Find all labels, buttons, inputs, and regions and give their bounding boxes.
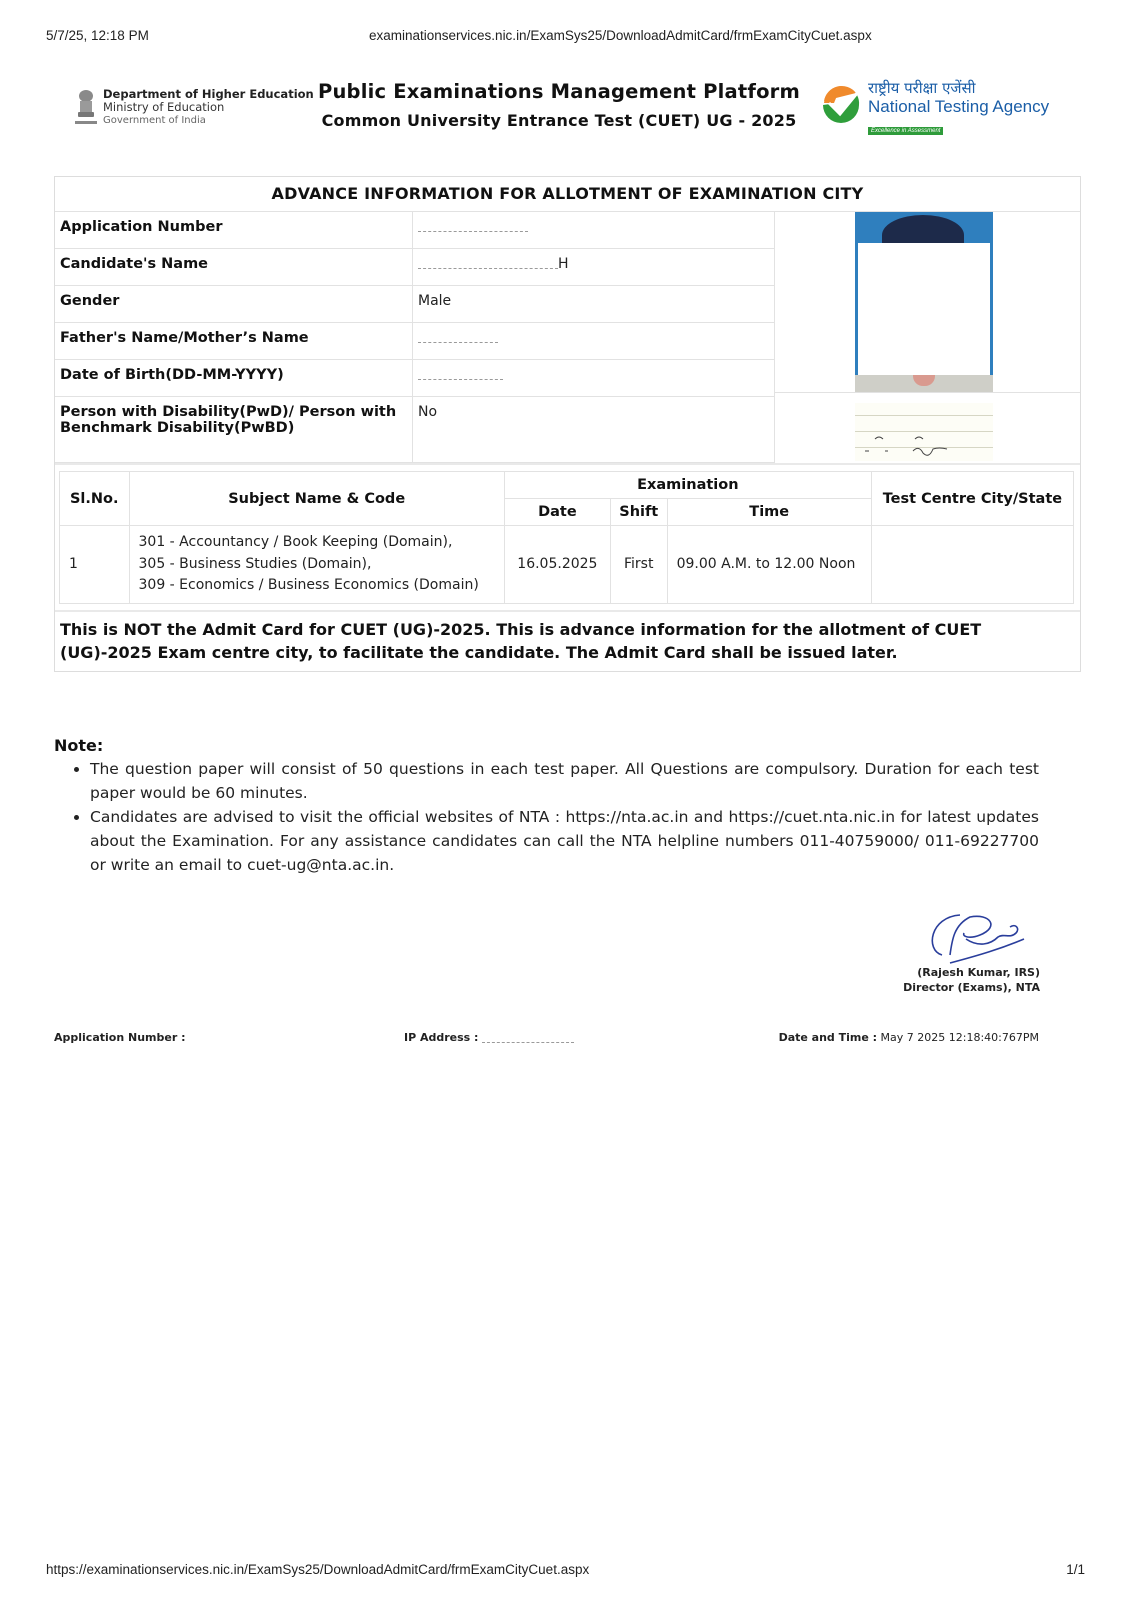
table-row: 1 301 - Accountancy / Book Keeping (Doma… (60, 526, 1074, 604)
footer-datetime-value: May 7 2025 12:18:40:767PM (881, 1031, 1039, 1044)
info-row: Application Number (55, 212, 775, 249)
info-label: Candidate's Name (55, 249, 413, 286)
footer-application-label: Application Number : (54, 1031, 185, 1044)
footer-datetime-label: Date and Time : (779, 1031, 877, 1044)
card-title: ADVANCE INFORMATION FOR ALLOTMENT OF EXA… (55, 177, 1080, 212)
row-sl-no: 1 (60, 526, 130, 604)
header-date: Date (504, 499, 610, 526)
document-footer: Application Number : IP Address : Date a… (54, 1031, 1039, 1047)
candidate-signature (855, 403, 993, 461)
signatory-block: (Rajesh Kumar, IRS) Director (Exams), NT… (860, 905, 1040, 995)
info-value (413, 212, 775, 249)
notes-heading: Note: (54, 736, 1039, 755)
signatory-designation: Director (Exams), NTA (860, 980, 1040, 995)
candidate-photo (855, 212, 993, 392)
print-datetime: 5/7/25, 12:18 PM (46, 28, 149, 43)
info-value-text: H (558, 256, 569, 272)
nta-checkmark-logo-icon (820, 83, 862, 125)
print-footer-url: https://examinationservices.nic.in/ExamS… (46, 1562, 589, 1577)
subject-item: 305 - Business Studies (Domain), (139, 554, 495, 576)
disclaimer-text: This is NOT the Admit Card for CUET (UG)… (55, 610, 1080, 671)
header-time: Time (667, 499, 871, 526)
nta-name-english: National Testing Agency (868, 97, 1049, 117)
info-value (413, 323, 775, 360)
info-label: Father's Name/Mother’s Name (55, 323, 413, 360)
header-shift: Shift (610, 499, 667, 526)
government-name: Government of India (103, 114, 314, 127)
national-emblem-icon (74, 88, 98, 128)
info-label: Date of Birth(DD-MM-YYYY) (55, 360, 413, 397)
redacted-value (418, 334, 498, 343)
info-value: Male (413, 286, 775, 323)
print-header: 5/7/25, 12:18 PM examinationservices.nic… (46, 28, 1085, 48)
subject-item: 301 - Accountancy / Book Keeping (Domain… (139, 532, 495, 554)
director-signature-icon (920, 905, 1030, 965)
redacted-value (418, 223, 528, 232)
candidate-info-table: Application NumberCandidate's NameHGende… (55, 212, 775, 463)
info-row: GenderMale (55, 286, 775, 323)
row-time: 09.00 A.M. to 12.00 Noon (667, 526, 871, 604)
header-subject: Subject Name & Code (129, 472, 504, 526)
nta-block: राष्ट्रीय परीक्षा एजेंसी National Testin… (820, 80, 1049, 136)
info-label: Application Number (55, 212, 413, 249)
info-label: Person with Disability(PwD)/ Person with… (55, 397, 413, 463)
info-row: Father's Name/Mother’s Name (55, 323, 775, 360)
redacted-value (418, 371, 503, 380)
info-label: Gender (55, 286, 413, 323)
candidate-media (775, 212, 1080, 463)
exam-schedule-table: Sl.No. Subject Name & Code Examination T… (59, 471, 1074, 604)
document-header: Department of Higher Education Ministry … (54, 78, 1079, 148)
page-number: 1/1 (1066, 1562, 1085, 1577)
info-row: Candidate's NameH (55, 249, 775, 286)
header-sl-no: Sl.No. (60, 472, 130, 526)
note-item: The question paper will consist of 50 qu… (90, 757, 1039, 805)
notes-section: Note: The question paper will consist of… (54, 736, 1039, 877)
ministry-block: Department of Higher Education Ministry … (74, 88, 314, 128)
footer-ip-value (482, 1034, 574, 1043)
row-centre (871, 526, 1073, 604)
info-value (413, 360, 775, 397)
city-allotment-card: ADVANCE INFORMATION FOR ALLOTMENT OF EXA… (54, 176, 1081, 672)
redacted-value (418, 260, 558, 269)
footer-ip-label: IP Address : (404, 1031, 478, 1044)
info-value: H (413, 249, 775, 286)
header-examination: Examination (504, 472, 871, 499)
ministry-name: Ministry of Education (103, 101, 314, 114)
nta-name-hindi: राष्ट्रीय परीक्षा एजेंसी (868, 80, 1049, 97)
exam-title: Common University Entrance Test (CUET) U… (304, 111, 814, 130)
row-date: 16.05.2025 (504, 526, 610, 604)
nta-tagline: Excellence in Assessment (868, 127, 943, 135)
note-item: Candidates are advised to visit the offi… (90, 805, 1039, 877)
info-value: No (413, 397, 775, 463)
header-centre: Test Centre City/State (871, 472, 1073, 526)
print-url: examinationservices.nic.in/ExamSys25/Dow… (369, 28, 872, 43)
info-row: Date of Birth(DD-MM-YYYY) (55, 360, 775, 397)
row-subjects: 301 - Accountancy / Book Keeping (Domain… (129, 526, 504, 604)
subject-item: 309 - Economics / Business Economics (Do… (139, 575, 495, 597)
row-shift: First (610, 526, 667, 604)
signatory-name: (Rajesh Kumar, IRS) (860, 965, 1040, 980)
info-row: Person with Disability(PwD)/ Person with… (55, 397, 775, 463)
platform-title: Public Examinations Management Platform (304, 80, 814, 103)
print-footer: https://examinationservices.nic.in/ExamS… (46, 1562, 1085, 1582)
